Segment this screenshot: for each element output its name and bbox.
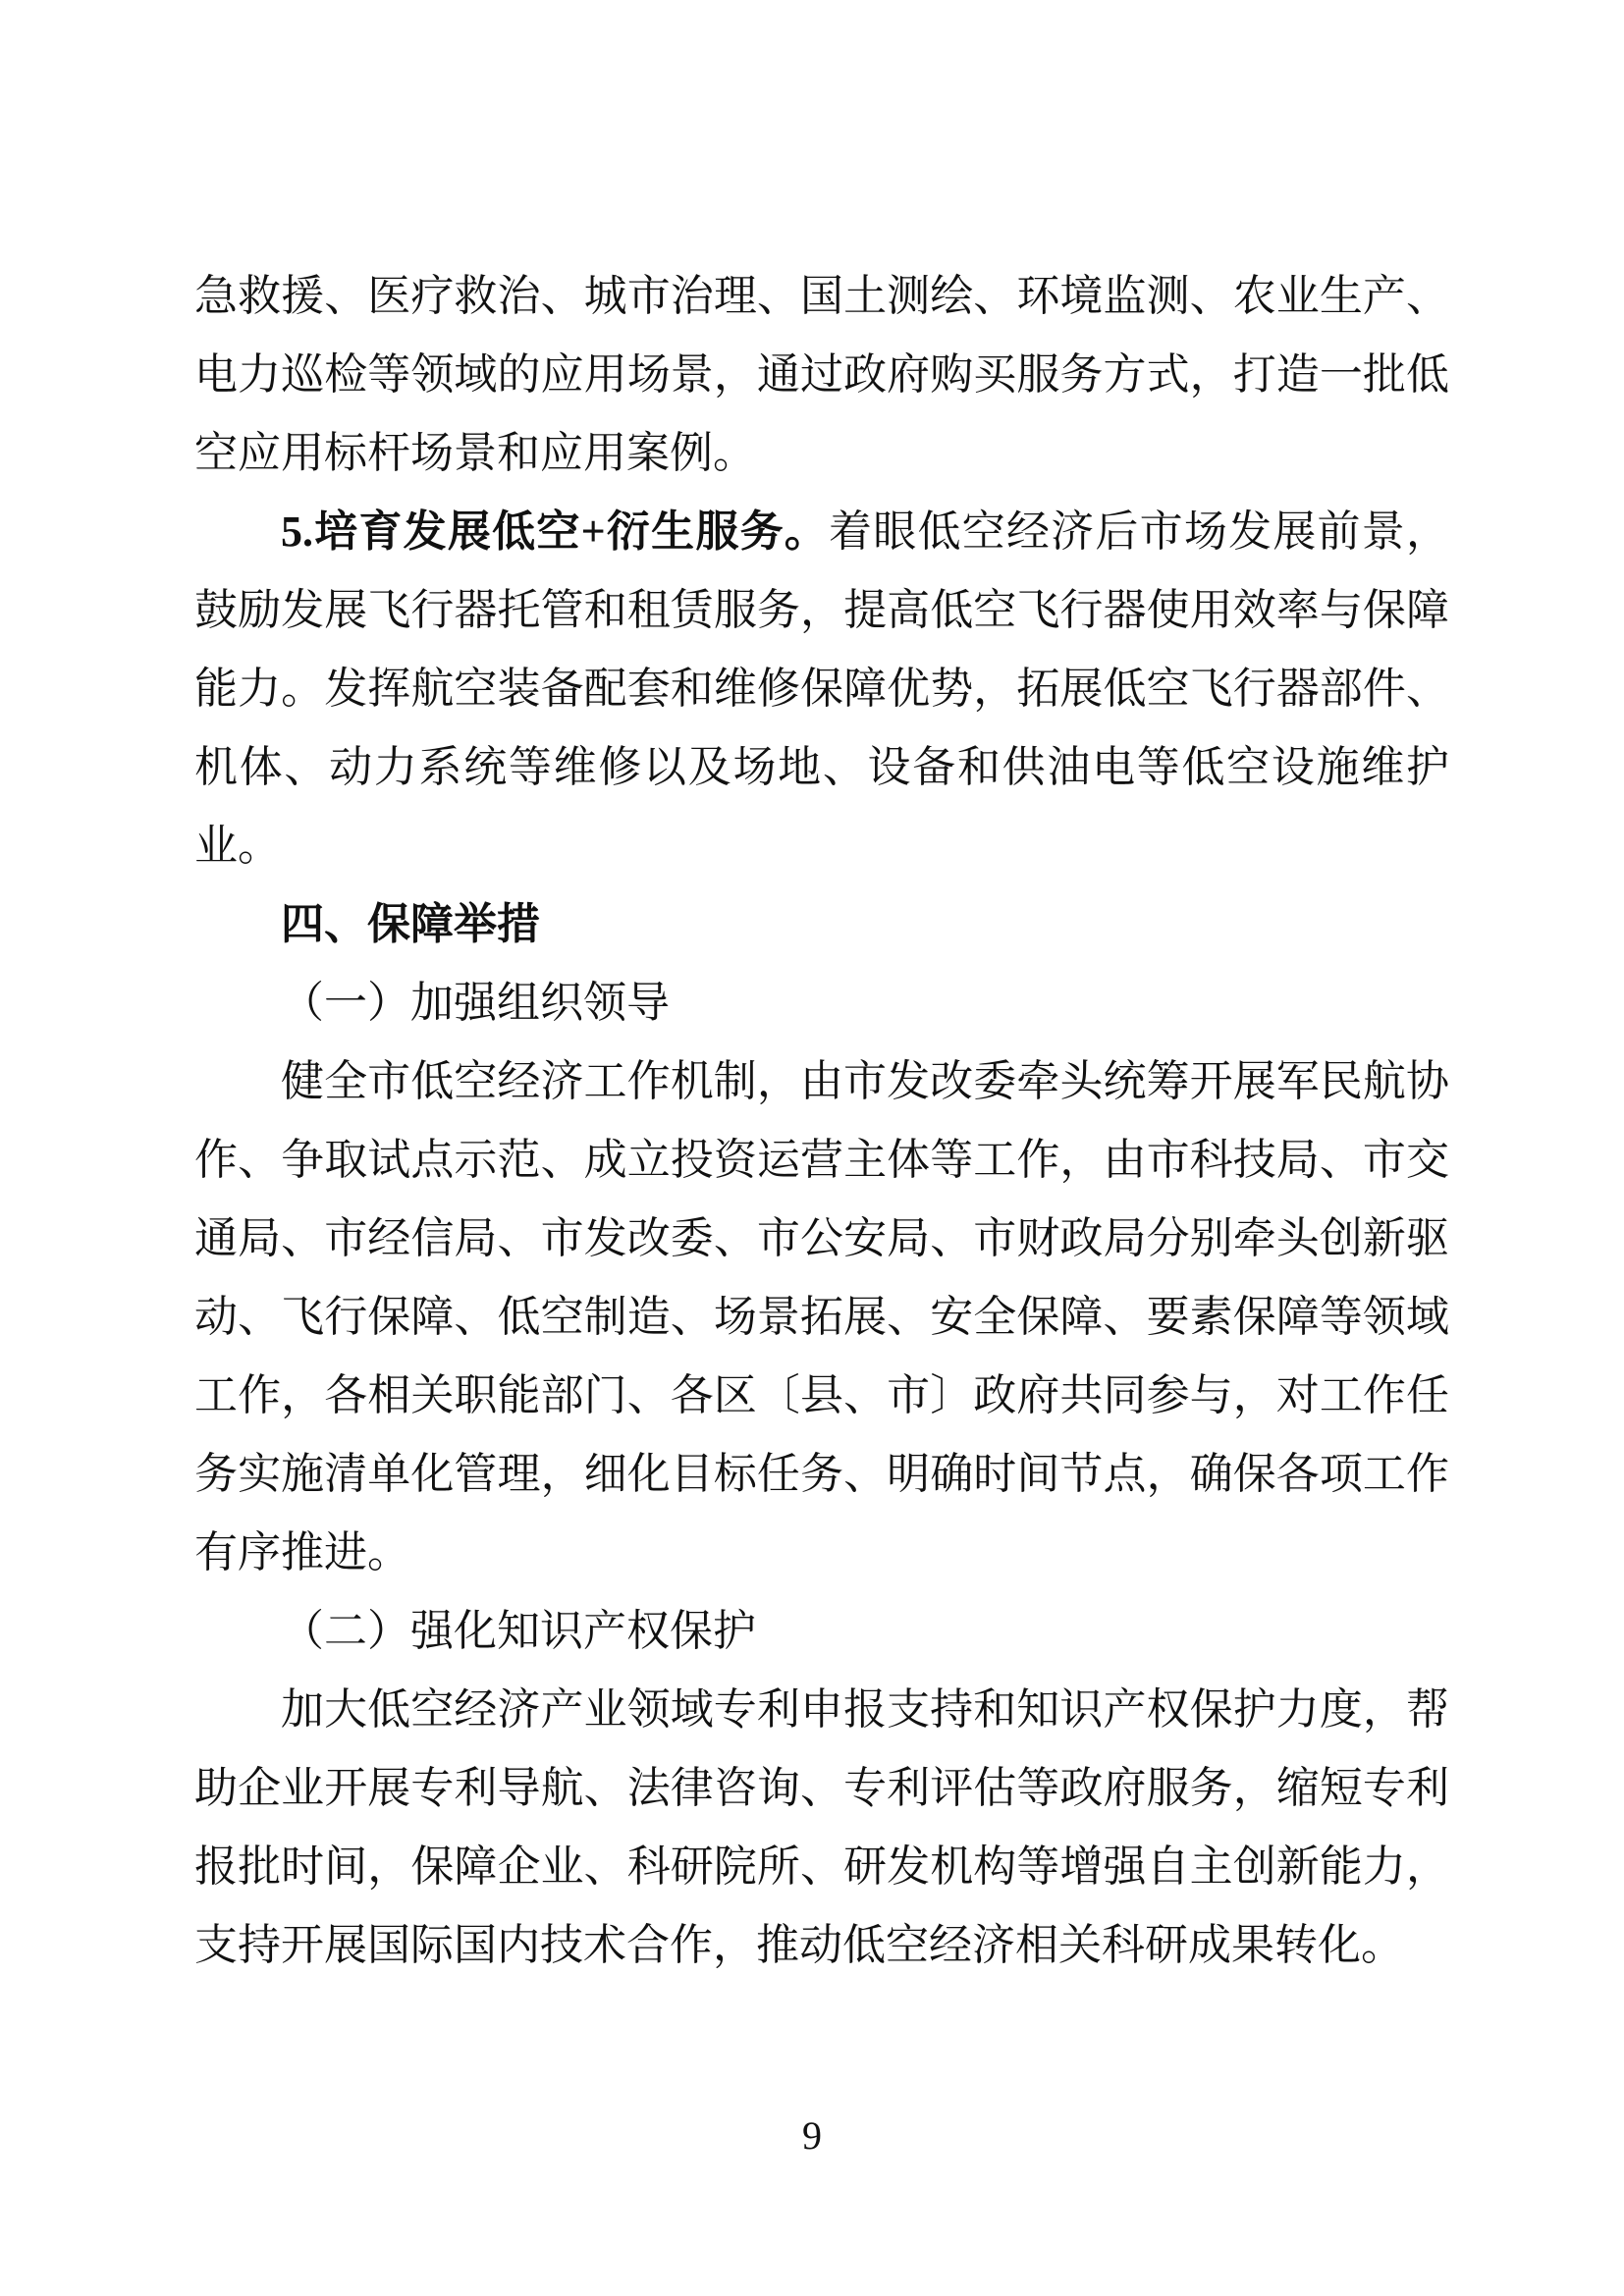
page-number: 9 xyxy=(0,2109,1624,2163)
body-text: 急救援、医疗救治、城市治理、国土测绘、环境监测、农业生产、电力巡检等领域的应用场… xyxy=(194,257,1449,1985)
subsection-heading-2: （二）强化知识产权保护 xyxy=(194,1592,1449,1671)
subsection-heading-1: （一）加强组织领导 xyxy=(194,964,1449,1042)
document-page: 急救援、医疗救治、城市治理、国土测绘、环境监测、农业生产、电力巡检等领域的应用场… xyxy=(0,0,1624,2296)
paragraph-continuation: 急救援、医疗救治、城市治理、国土测绘、环境监测、农业生产、电力巡检等领域的应用场… xyxy=(194,257,1449,493)
item5-body-text: 着眼低空经济后市场发展前景，鼓励发展飞行器托管和租赁服务，提高低空飞行器使用效率… xyxy=(194,507,1449,870)
item5-bold-lead: 5.培育发展低空+衍生服务。 xyxy=(281,507,829,556)
paragraph-sub1-body: 健全市低空经济工作机制，由市发改委牵头统筹开展军民航协作、争取试点示范、成立投资… xyxy=(194,1042,1449,1592)
paragraph-sub2-body: 加大低空经济产业领域专利申报支持和知识产权保护力度，帮助企业开展专利导航、法律咨… xyxy=(194,1671,1449,1985)
paragraph-item5: 5.培育发展低空+衍生服务。着眼低空经济后市场发展前景，鼓励发展飞行器托管和租赁… xyxy=(194,493,1449,885)
section-heading-4: 四、保障举措 xyxy=(194,885,1449,964)
